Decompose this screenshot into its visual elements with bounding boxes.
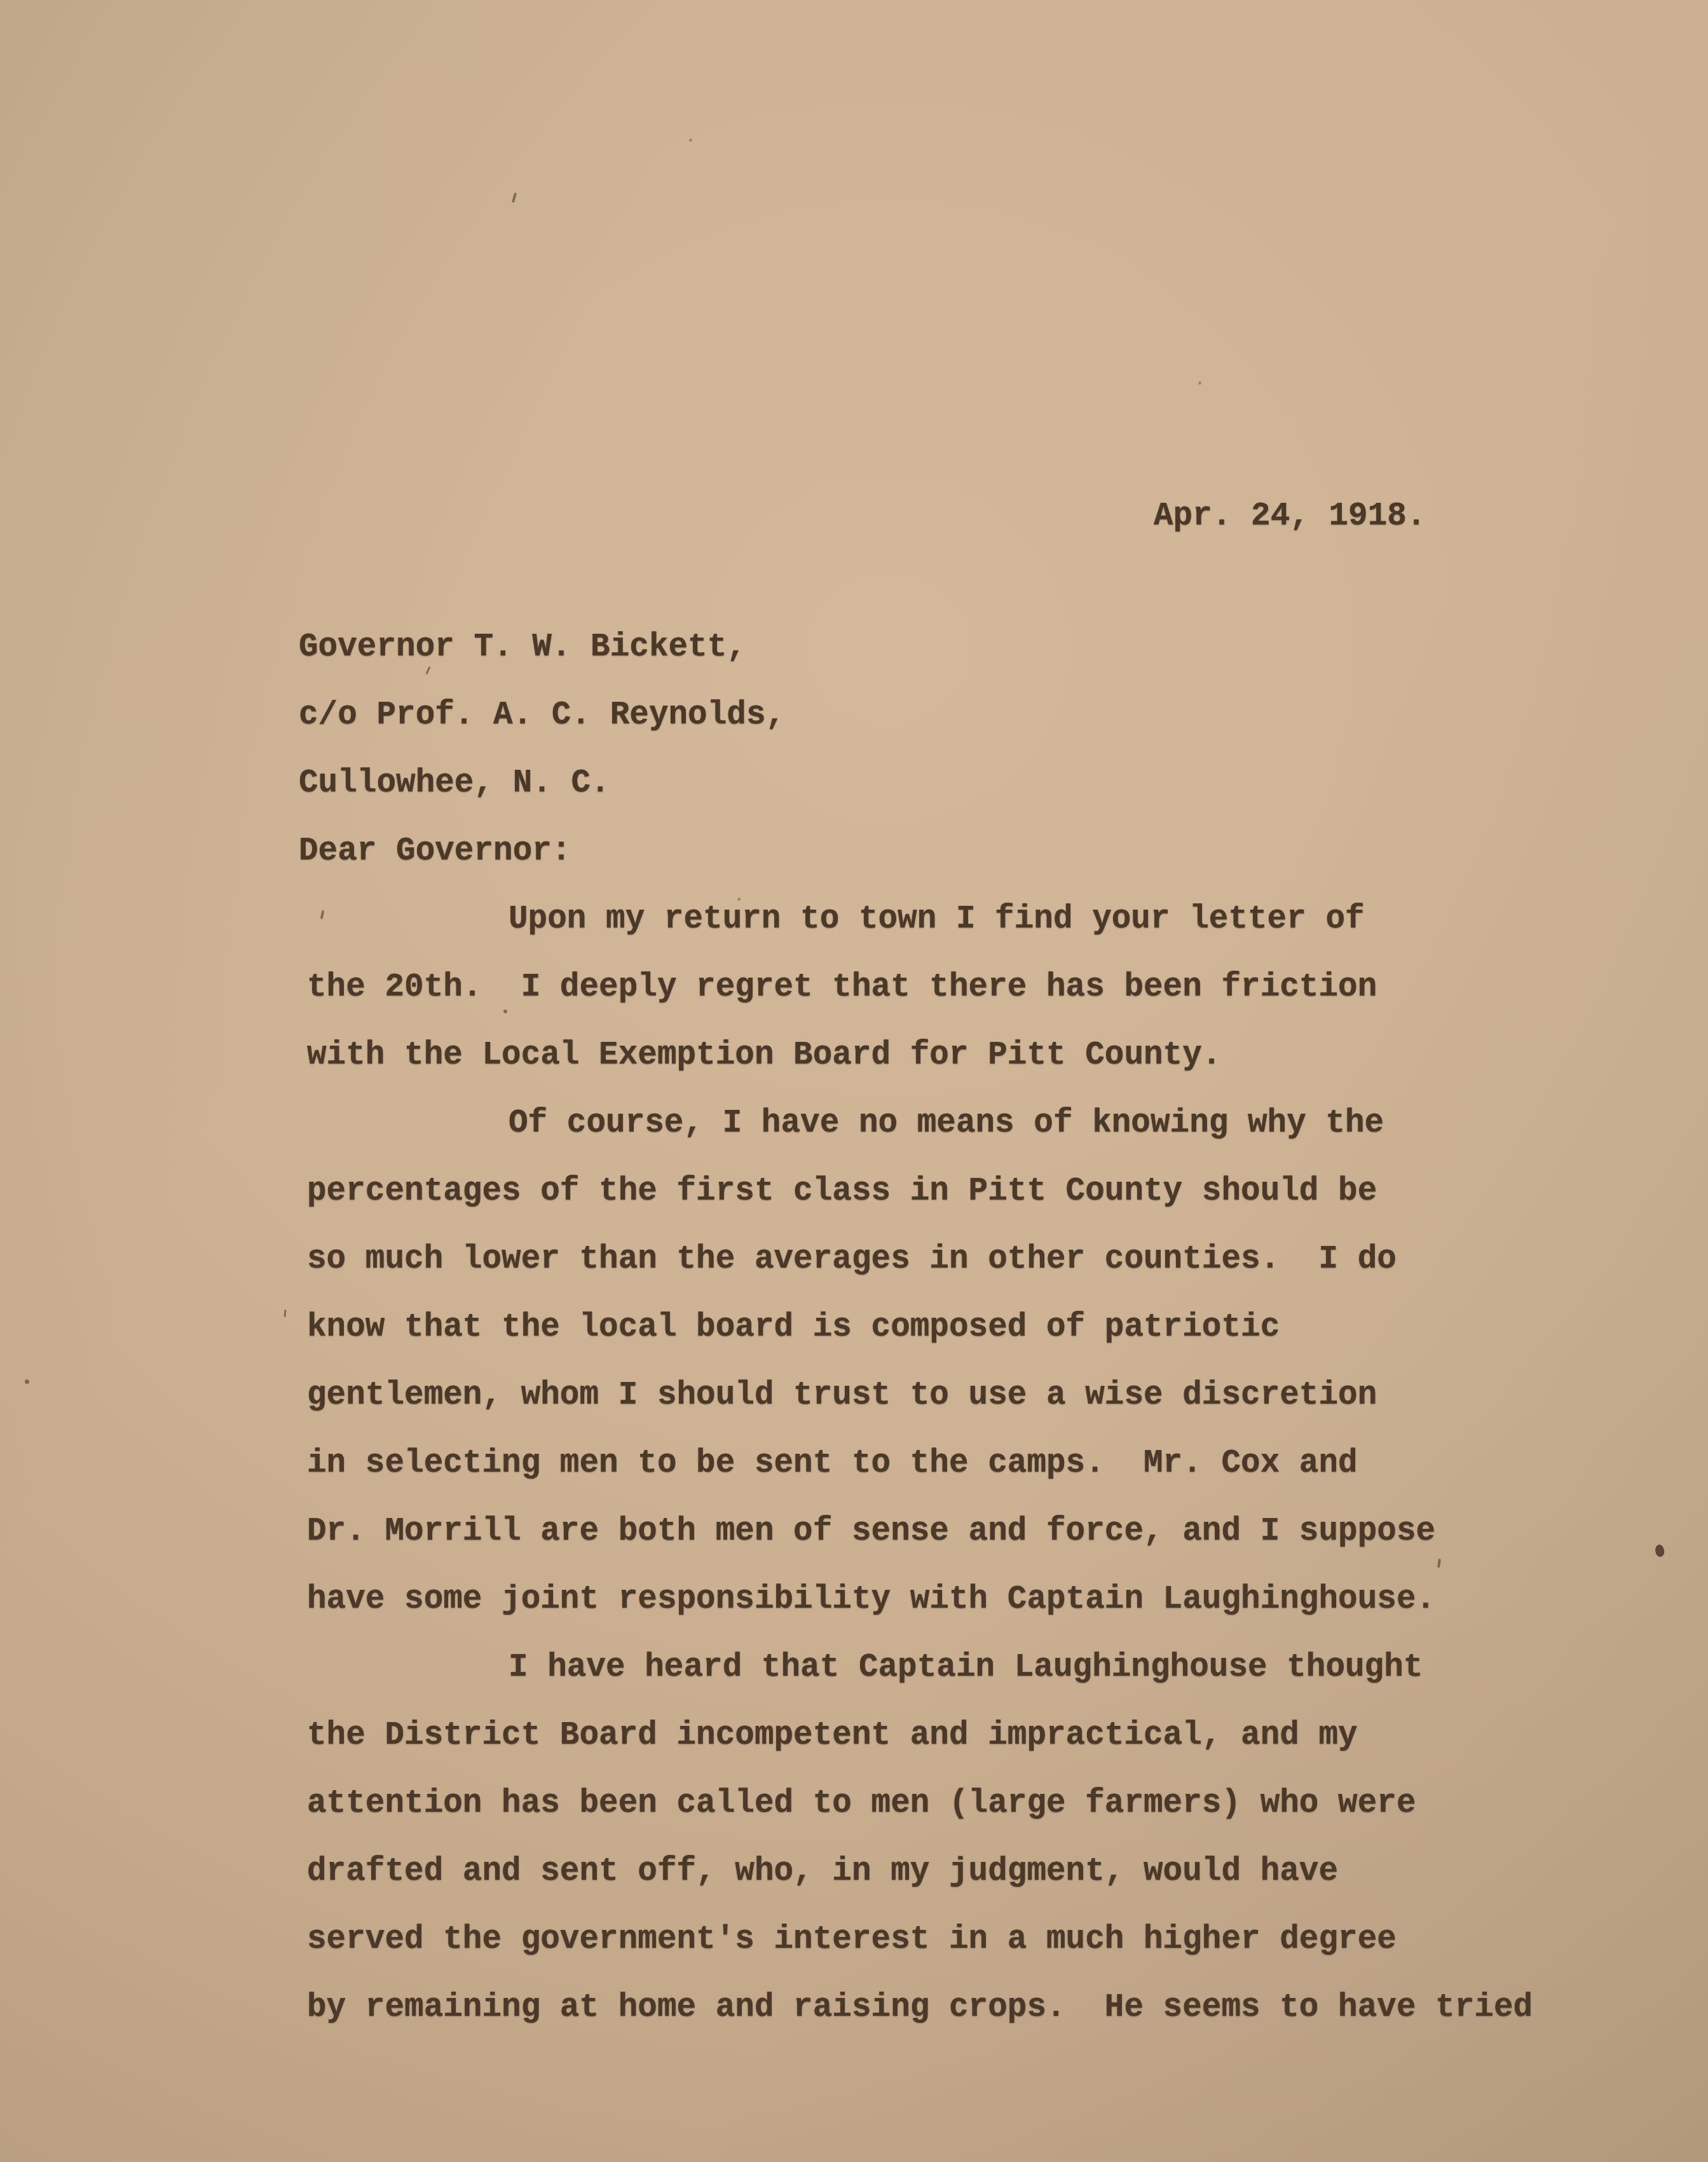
paper-speck — [503, 1009, 507, 1013]
letter-line: the District Board incompetent and impra… — [307, 1702, 1533, 1770]
recipient-line: Governor T. W. Bickett, — [299, 613, 785, 681]
paper-speck — [689, 139, 692, 142]
letter-line: Upon my return to town I find your lette… — [307, 886, 1533, 954]
paper-speck — [512, 193, 517, 203]
letter-line: percentages of the first class in Pitt C… — [307, 1158, 1533, 1226]
paper-speck — [737, 898, 741, 901]
letter-line: have some joint responsibility with Capt… — [307, 1566, 1533, 1634]
letter-line: by remaining at home and raising crops. … — [307, 1974, 1533, 2042]
letter-line: gentlemen, whom I should trust to use a … — [307, 1362, 1533, 1430]
letter-line: attention has been called to men (large … — [307, 1770, 1533, 1838]
paper-speck — [1653, 1543, 1666, 1558]
letter-scan-page: Apr. 24, 1918. Governor T. W. Bickett, c… — [0, 0, 1708, 2162]
letter-line: Of course, I have no means of knowing wh… — [307, 1090, 1533, 1158]
letter-line: drafted and sent off, who, in my judgmen… — [307, 1838, 1533, 1906]
letter-line: so much lower than the averages in other… — [307, 1226, 1533, 1294]
letter-line: served the government's interest in a mu… — [307, 1906, 1533, 1974]
letter-date: Apr. 24, 1918. — [1154, 482, 1426, 551]
salutation: Dear Governor: — [299, 818, 785, 886]
letter-line: in selecting men to be sent to the camps… — [307, 1430, 1533, 1498]
letter-line: with the Local Exemption Board for Pitt … — [307, 1022, 1533, 1090]
letter-line: know that the local board is composed of… — [307, 1294, 1533, 1362]
letter-body: Upon my return to town I find your lette… — [307, 886, 1533, 2042]
recipient-line: Cullowhee, N. C. — [299, 749, 785, 818]
letter-line: the 20th. I deeply regret that there has… — [307, 954, 1533, 1022]
recipient-address: Governor T. W. Bickett, c/o Prof. A. C. … — [299, 613, 785, 886]
letter-line: Dr. Morrill are both men of sense and fo… — [307, 1498, 1533, 1566]
paper-speck — [25, 1379, 29, 1384]
paper-speck — [1198, 381, 1201, 385]
recipient-line: c/o Prof. A. C. Reynolds, — [299, 681, 785, 749]
letter-line: I have heard that Captain Laughinghouse … — [307, 1634, 1533, 1702]
paper-speck — [284, 1310, 286, 1317]
